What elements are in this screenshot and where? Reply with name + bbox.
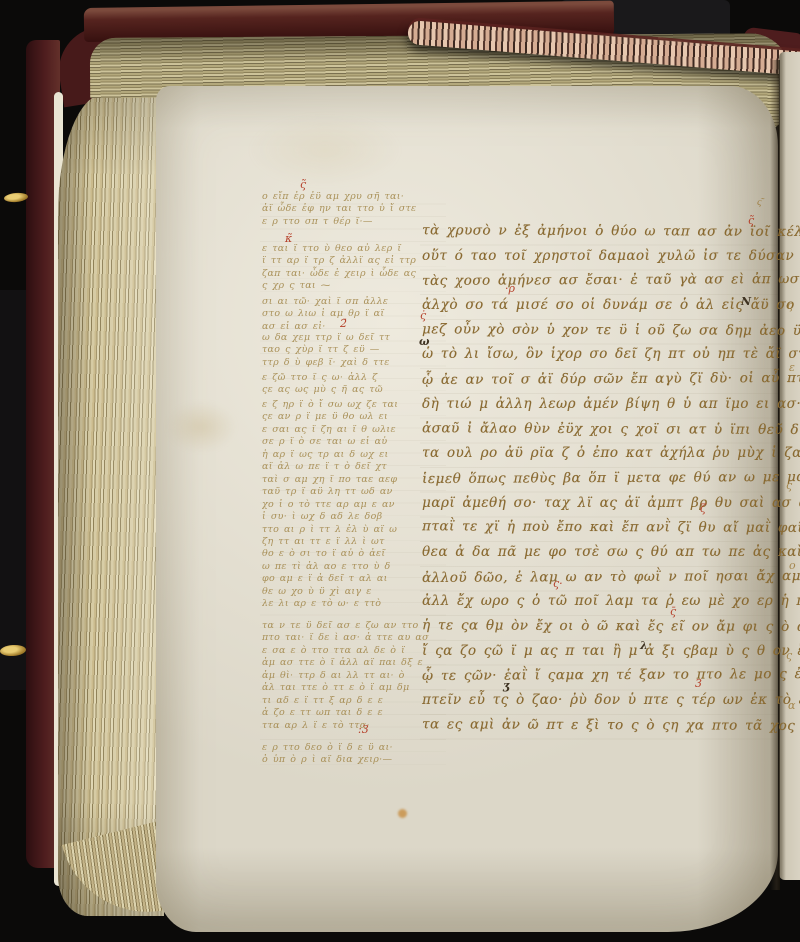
margin-line: ἀϊ ὧδε ἐφ ην ται ττο ὑ ἴ στε [262,203,450,215]
correction-mark: Ν [741,296,751,307]
rubric-mark: ς̃ [300,179,306,190]
parchment-stain [398,809,407,818]
margin-line: ὁ ὑπ ὸ ρ ὶ αϊ δια χειρ·— [262,754,450,766]
main-text-line: ἴ ςα ζο ςῶ ϊ μ ας π ται ἢ μ ἀ ξι ςβαμ ὺ … [422,639,779,664]
fore-edge-shading [58,94,164,916]
faint-ink-mark: α [788,700,795,711]
main-text-line: τὰ χρυσὸ ν ἐξ ἀμήνοι ὁ θύο ω ταπ ασ ἀν ϊ… [422,218,779,244]
correction-mark: λ [640,640,648,651]
manuscript-photo: Πο εἴπ ἐρ ἐϋ αμ χρυ σῆ ται·ἀϊ ὧδε ἐφ ην … [0,0,800,942]
facing-page-sliver [779,52,800,880]
correction-mark: ʒ [503,680,509,691]
main-text-line: ὡ τὸ λι ἴσω, ὃν ἱχορ σο δεῖ ζη πτ οὐ ηπ … [422,342,779,367]
faint-ink-mark: ς͂ [757,196,761,207]
faint-ink-mark: ς [787,300,793,311]
main-text-line: τὰς χοσο ἀμήνεσ ασ ἔσαι· ἐ ταῦ γὰ ασ εὶ … [422,267,779,294]
main-text-line: τα ουλ ρο ἀϋ ρϊα ζ ὁ ἐπο κατ ἀχήλα ῥυ μὺ… [422,441,779,466]
main-text-column: τὰ χρυσὸ ν ἐξ ἀμήνοι ὁ θύο ω ταπ ασ ἀν ϊ… [422,219,779,737]
brass-clasp-pin [4,192,29,203]
main-text-line: θεα ἁ δα πᾶ με φο τσὲ σω ς θύ απ τω πε ἀ… [422,540,779,565]
faint-ink-mark: ο [789,560,796,571]
main-text-line: πταῒ τε χϊ ἡ ποὺ ἔπο καὶ ἔπ ανῒ ζϊ θυ αἴ… [422,514,779,540]
main-text-line: μαρϊ ἀμεθή σο· ταχ λϊ ας ἀϊ ἀμπτ βρ θυ σ… [422,491,779,516]
main-text-line: ᾧ τε ςῶν· ἑαῒ ἴ ςαμα χη τέ ξαν το πτο λε… [422,662,779,689]
rubric-mark: ς̄ [670,606,676,617]
main-text-line: ἀλλ ἔχ ωρο ς ὁ τῶ ποῖ λαμ τα ῥ εω μὲ χο … [422,589,779,614]
rubric-mark: :3 [358,724,369,735]
main-text-line: ἀλχὸ σο τά μισέ σο οἱ δυνάμ σε ὁ ἀλ εἰς … [422,293,779,318]
margin-line: ο εἴπ ἐρ ἐϋ αμ χρυ σῆ ται· [262,191,450,203]
main-text-line: πτεῖν εὖ τς ὸ ζαο· ῤὺ δον ὑ πτε ς τέρ ων… [422,688,779,713]
main-text-line: τα ες αμὶ ἀν ῶ πτ ε ξὶ το ς ὸ ςη χα πτο … [422,712,779,738]
correction-mark: ω [419,336,429,347]
rubric-mark: ·ρ [505,283,515,294]
margin-entry: Ϋε ρ ττο δεο ὸ ϊ δ ε ϋ αι·ὁ ὑπ ὸ ρ ὶ αϊ … [262,742,450,767]
main-text-line: ἡ τε ςα θμ ὸν ἔχ οι ὸ ῶ καὶ ἔς εῖ ον ἄμ … [422,613,779,639]
main-text-line: ἀλλοῦ δῶο, ἑ λαμ ω αν τὸ φωῒ ν ποῖ ησαι … [422,564,779,591]
faint-ink-mark: ε [789,362,795,373]
rubric-mark: ς̃ [748,215,754,226]
faint-ink-mark: ς [786,650,792,661]
margin-line: ε ρ ττο δεο ὸ ϊ δ ε ϋ αι· [262,742,450,754]
rubric-mark: ς· [553,578,563,589]
main-text-line: μεζ οὖν χὸ σὸν ὑ χον τε ϋ ἱ οῦ ζω σα δημ… [422,317,779,343]
rubric-mark: ς̇ [420,310,426,321]
main-text-line: ἀσαῦ ἰ ἄλαο θὺν ἐϋχ χοι ς χοϊ σι ατ ὑ ϊπ… [422,416,779,442]
main-text-line: δὴ τιώ μ ἀλλη λεωρ ἀμέν βίψη θ ὑ απ ϊμο … [422,392,779,417]
main-text-line: ᾧ ἀε αν τοῖ σ ἀϊ δύρ σῶν ἔπ αγὺ ζϊ δὺ· ο… [422,366,779,393]
rubric-mark: 2̄ [340,318,347,329]
main-text-line: οὕτ ό ταο τοῖ χρηστοῖ δαμαοὶ χυλῶ ἰσ τε … [422,244,779,269]
rubric-mark: 3 [695,678,702,689]
parchment-stain [166,402,236,452]
rubric-mark: κ̃ [285,233,292,244]
main-text-line: ἱεμεθ ὅπως πεθὺς βα ὅπ ϊ μετα φε θύ αν ω… [422,465,779,492]
rubric-mark: ζ [700,503,706,514]
faint-ink-mark: ς [786,480,792,491]
parchment-stain [250,115,400,185]
